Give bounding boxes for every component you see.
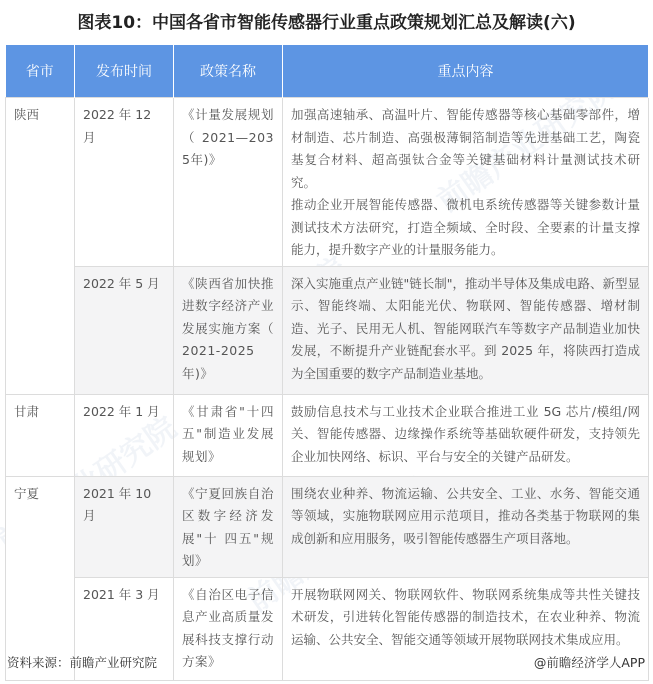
policy-name-cell: 《宁夏回族自治区数字经济发展"十 四五"规划》 [174, 476, 283, 577]
content-paragraph: 推动企业开展智能传感器、微机电系统传感器等关键参数计量测试技术方法研究，打造全频… [291, 194, 640, 262]
province-cell: 陕西 [6, 98, 75, 395]
content-cell: 深入实施重点产业链"链长制"，推动半导体及集成电路、新型显示、智能终端、太阳能光… [283, 266, 649, 394]
content-paragraph: 加强高速轴承、高温叶片、智能传感器等核心基础零部件，增材制造、芯片制造、高强极薄… [291, 104, 640, 194]
table-row: 2022 年 5 月 《陕西省加快推进数字经济产业发展实施方案（ 2021-20… [6, 266, 649, 394]
policy-name-cell: 《陕西省加快推进数字经济产业发展实施方案（ 2021-2025年)》 [174, 266, 283, 394]
province-cell: 宁夏 [6, 476, 75, 680]
date-cell: 2022 年 12 月 [75, 98, 174, 267]
table-row: 宁夏 2021 年 10 月 《宁夏回族自治区数字经济发展"十 四五"规划》 围… [6, 476, 649, 577]
policy-name-cell: 《计量发展规划（2021—2035年)》 [174, 98, 283, 267]
column-header-province: 省市 [6, 45, 75, 98]
content-cell: 鼓励信息技术与工业技术企业联合推进工业 5G 芯片/模组/网关、智能传感器、边缘… [283, 394, 649, 476]
column-header-date: 发布时间 [75, 45, 174, 98]
table-row: 陕西 2022 年 12 月 《计量发展规划（2021—2035年)》 加强高速… [6, 98, 649, 267]
content-cell: 围绕农业种养、物流运输、公共安全、工业、水务、智能交通等领域，实施物联网应用示范… [283, 476, 649, 577]
chart-title: 图表10：中国各省市智能传感器行业重点政策规划汇总及解读(六) [0, 8, 653, 33]
content-cell: 加强高速轴承、高温叶片、智能传感器等核心基础零部件，增材制造、芯片制造、高强极薄… [283, 98, 649, 267]
date-cell: 2021 年 10 月 [75, 476, 174, 577]
province-cell: 甘肃 [6, 394, 75, 476]
table-row: 甘肃 2022 年 1 月 《甘肃省"十四五"制造业发展规划》 鼓励信息技术与工… [6, 394, 649, 476]
column-header-content: 重点内容 [283, 45, 649, 98]
credit-note: @前瞻经济学人APP [534, 653, 645, 671]
policy-table: 省市 发布时间 政策名称 重点内容 陕西 2022 年 12 月 《计量发展规划… [5, 45, 649, 681]
date-cell: 2022 年 5 月 [75, 266, 174, 394]
source-note: 资料来源：前瞻产业研究院 [7, 653, 157, 671]
date-cell: 2022 年 1 月 [75, 394, 174, 476]
column-header-policy: 政策名称 [174, 45, 283, 98]
policy-name-cell: 《自治区电子信息产业高质量发展科技支撑行动方案》 [174, 577, 283, 680]
policy-name-cell: 《甘肃省"十四五"制造业发展规划》 [174, 394, 283, 476]
table-header-row: 省市 发布时间 政策名称 重点内容 [6, 45, 649, 98]
